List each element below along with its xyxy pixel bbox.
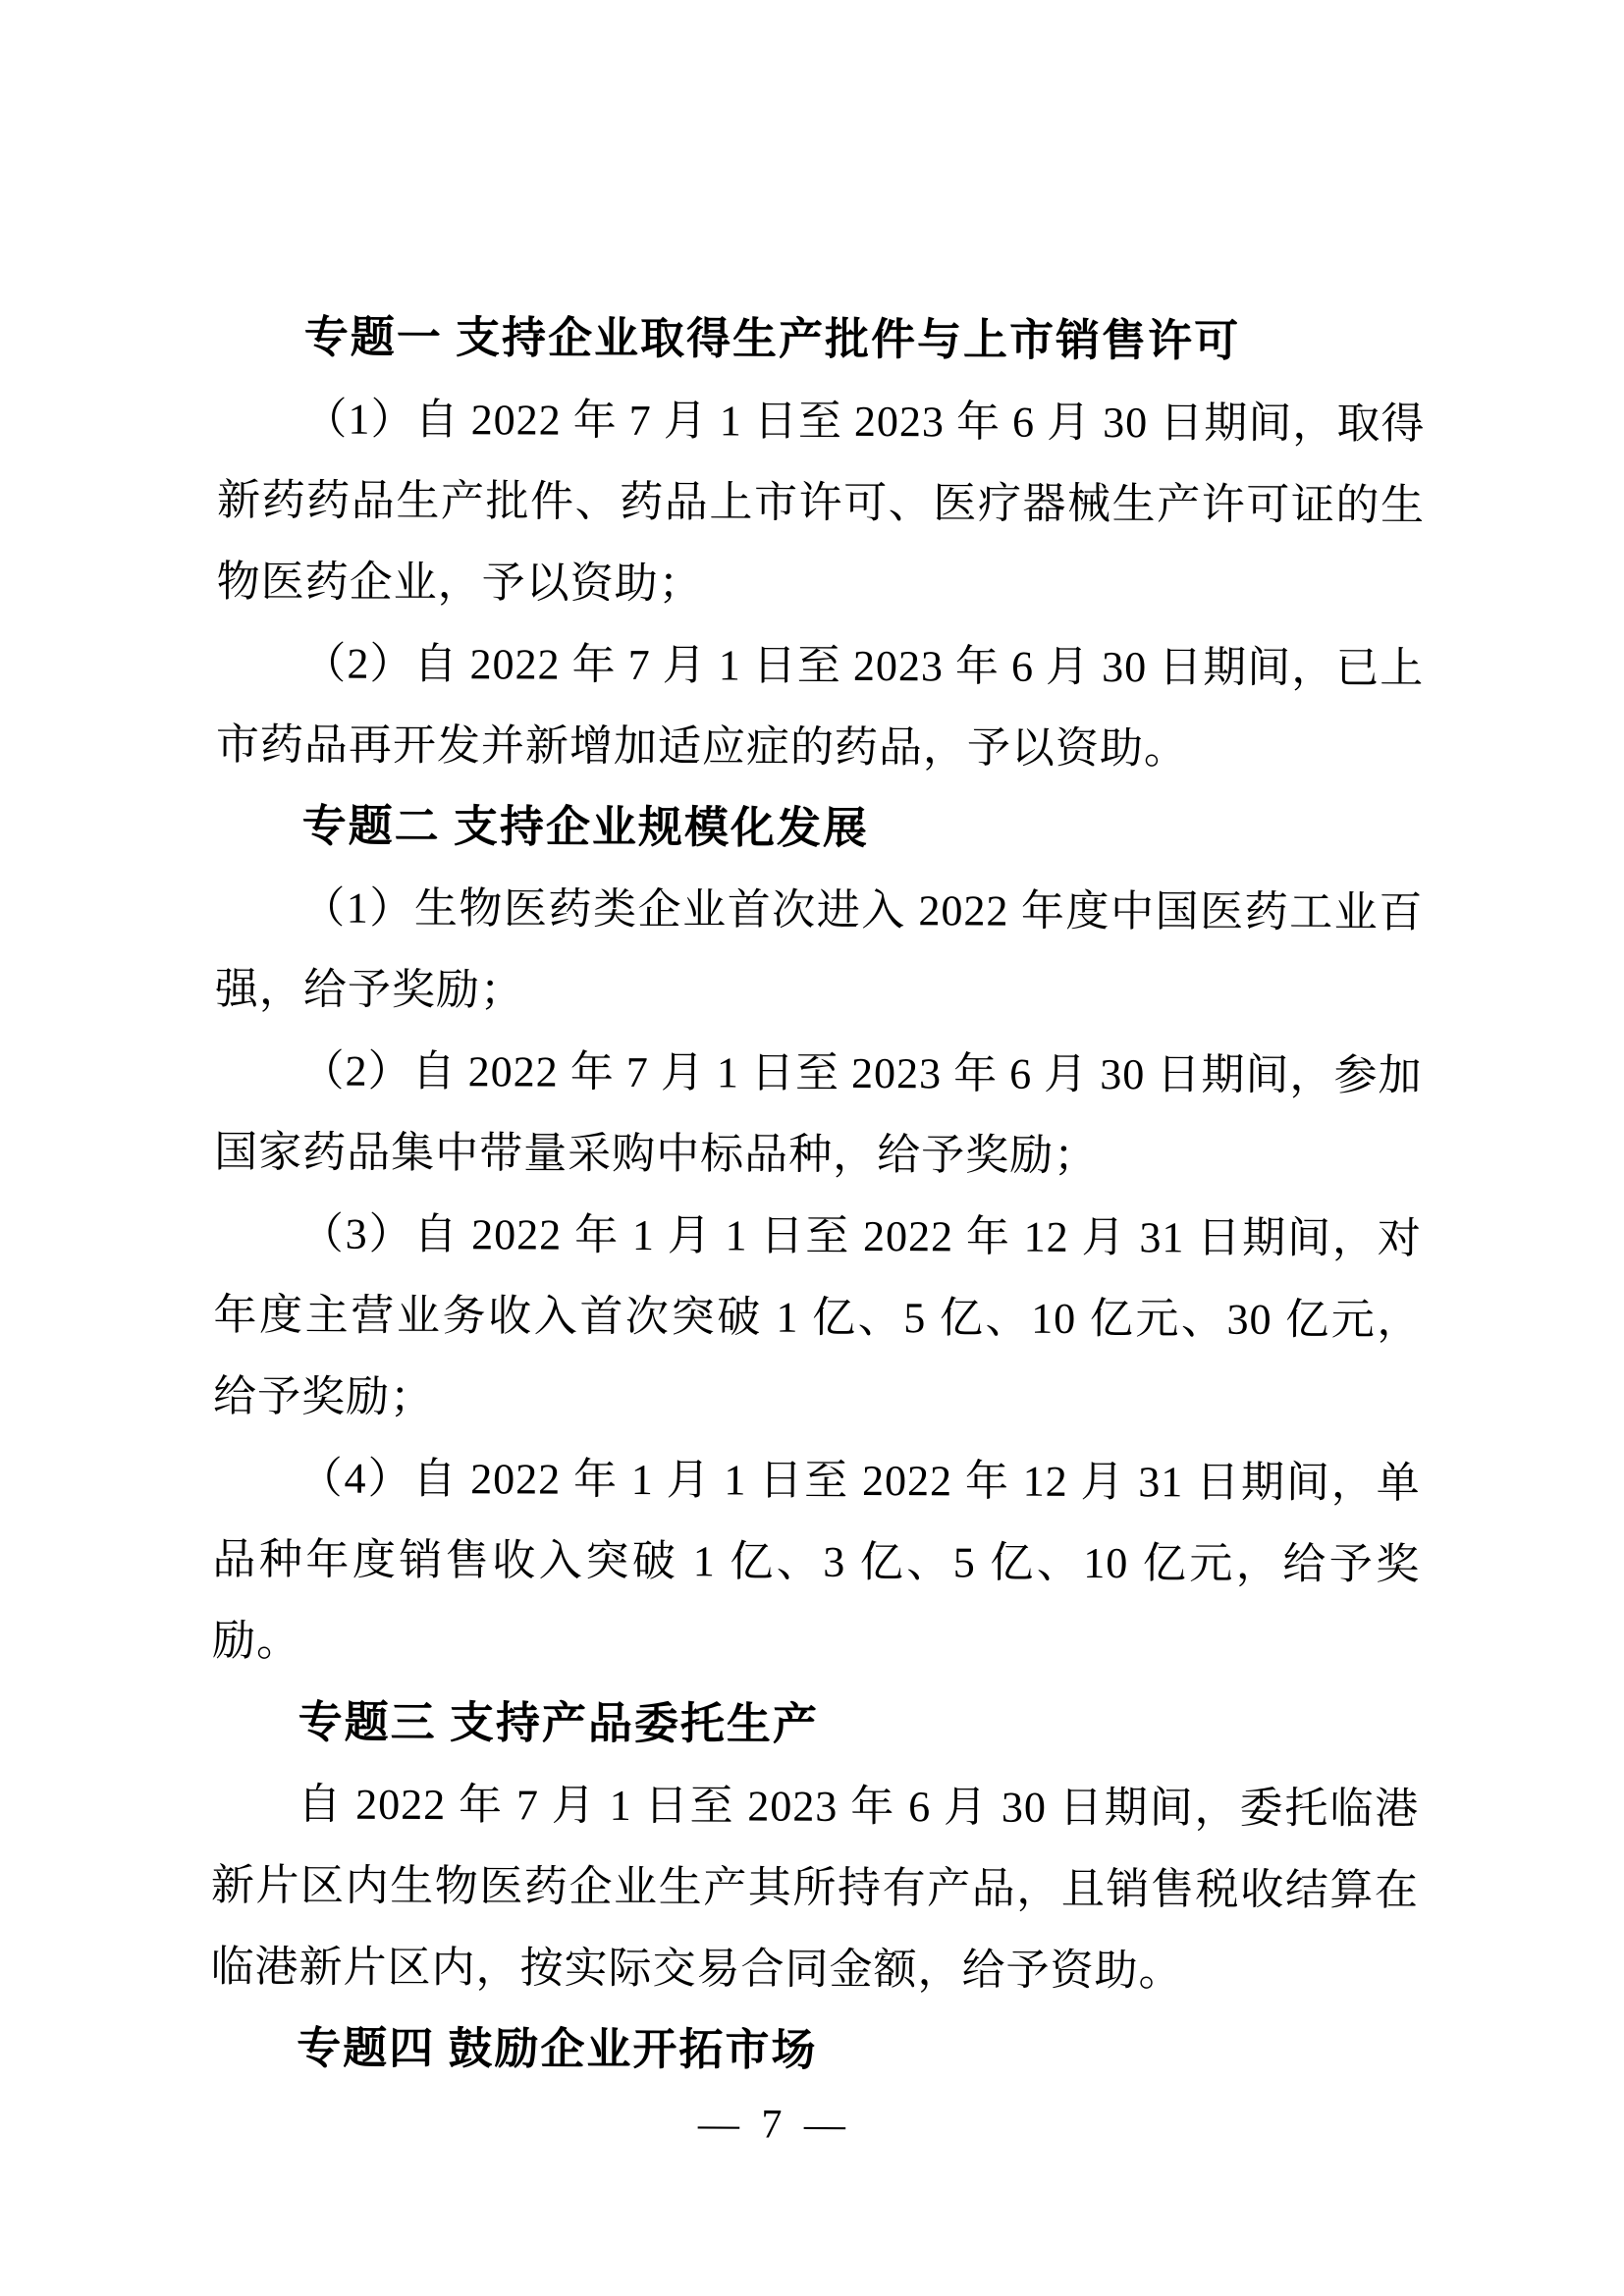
document-page: 专题一 支持企业取得生产批件与上市销售许可 （1）自 2022 年 7 月 1 …: [0, 0, 1624, 2296]
paragraph: （4）自 2022 年 1 月 1 日至 2022 年 12 月 31 日期间，…: [212, 1437, 1421, 1686]
topic-1-heading: 专题一 支持企业取得生产批件与上市销售许可: [218, 296, 1426, 383]
paragraph: （1）自 2022 年 7 月 1 日至 2023 年 6 月 30 日期间，取…: [217, 378, 1426, 627]
topic-2-heading: 专题二 支持企业规模化发展: [215, 785, 1423, 872]
scan-area: 专题一 支持企业取得生产批件与上市销售许可 （1）自 2022 年 7 月 1 …: [0, 0, 1624, 2296]
paragraph: （2）自 2022 年 7 月 1 日至 2023 年 6 月 30 日期间，已…: [216, 622, 1425, 790]
topic-3-heading: 专题三 支持产品委托生产: [211, 1682, 1419, 1768]
topic-4-heading: 专题四 鼓励企业开拓市场: [210, 2007, 1418, 2094]
page-number: — 7 —: [698, 2101, 851, 2149]
page-footer: — 7 —: [0, 2098, 1616, 2152]
paragraph: （2）自 2022 年 7 月 1 日至 2023 年 6 月 30 日期间，参…: [214, 1030, 1423, 1198]
paragraph: （3）自 2022 年 1 月 1 日至 2022 年 12 月 31 日期间，…: [213, 1193, 1422, 1442]
paragraph: 自 2022 年 7 月 1 日至 2023 年 6 月 30 日期间，委托临港…: [210, 1763, 1419, 2012]
document-body: 专题一 支持企业取得生产批件与上市销售许可 （1）自 2022 年 7 月 1 …: [210, 296, 1426, 2094]
paragraph: （1）生物医药类企业首次进入 2022 年度中国医药工业百强，给予奖励；: [215, 867, 1424, 1035]
